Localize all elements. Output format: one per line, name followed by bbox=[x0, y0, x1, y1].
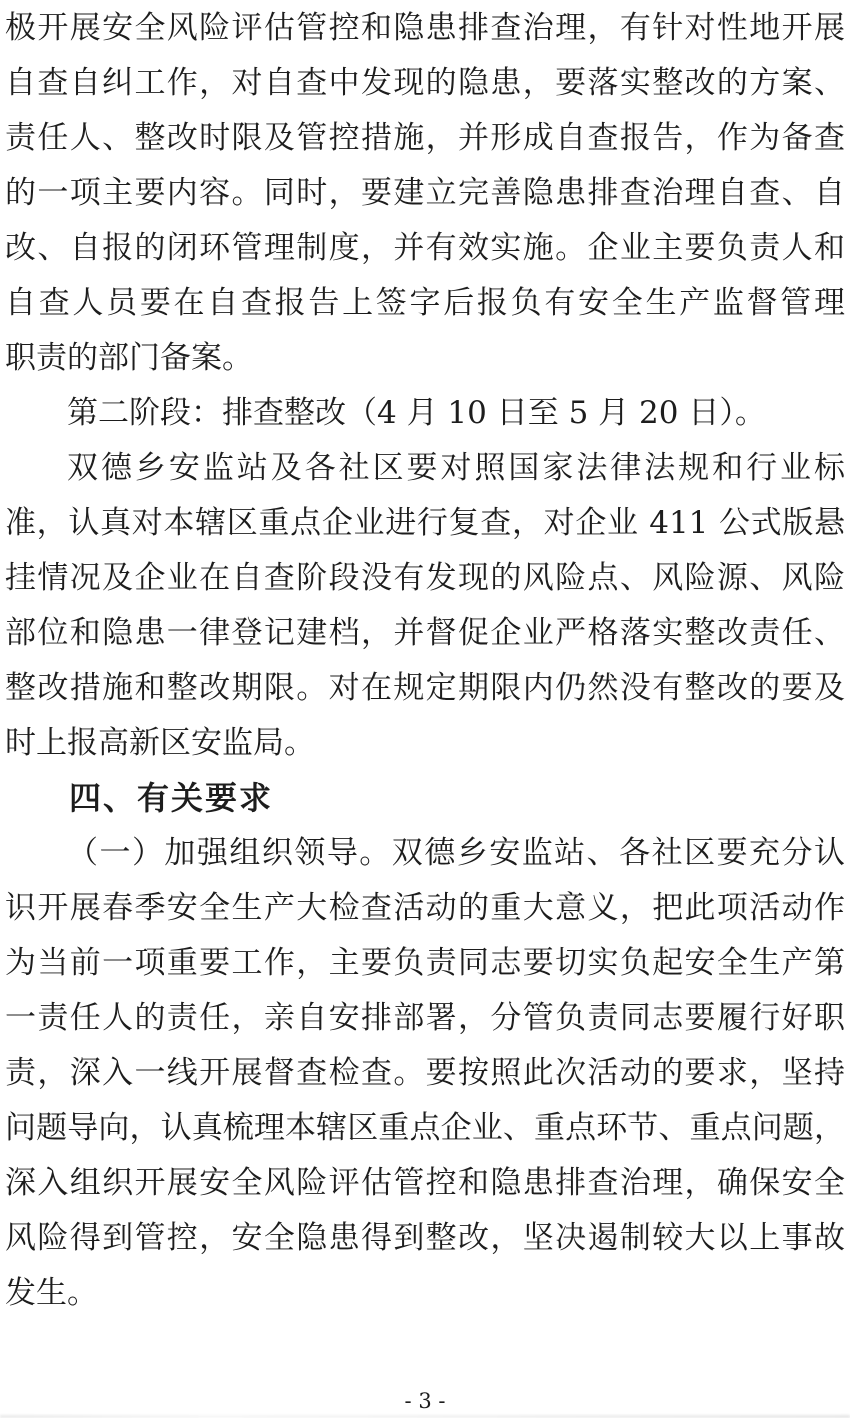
text-line: 准，认真对本辖区重点企业进行复查，对企业 411 公式版悬 bbox=[5, 496, 845, 551]
text-line: 发生。 bbox=[5, 1266, 845, 1321]
text-line: 的一项主要内容。同时，要建立完善隐患排查治理自查、自 bbox=[5, 166, 845, 221]
text-line: 改、自报的闭环管理制度，并有效实施。企业主要负责人和 bbox=[5, 221, 845, 276]
text-line: 时上报高新区安监局。 bbox=[5, 716, 845, 771]
text-line: 深入组织开展安全风险评估管控和隐患排查治理，确保安全 bbox=[5, 1156, 845, 1211]
text-line: （一）加强组织领导。双德乡安监站、各社区要充分认 bbox=[5, 826, 845, 881]
text-line: 双德乡安监站及各社区要对照国家法律法规和行业标 bbox=[5, 441, 845, 496]
page-number: - 3 - bbox=[405, 1389, 446, 1413]
text-line: 整改措施和整改期限。对在规定期限内仍然没有整改的要及 bbox=[5, 661, 845, 716]
text-line: 问题导向，认真梳理本辖区重点企业、重点环节、重点问题， bbox=[5, 1101, 845, 1156]
text-line: 职责的部门备案。 bbox=[5, 331, 845, 386]
text-line: 一责任人的责任，亲自安排部署，分管负责同志要履行好职 bbox=[5, 991, 845, 1046]
text-line: 识开展春季安全生产大检查活动的重大意义，把此项活动作 bbox=[5, 881, 845, 936]
document-page: 极开展安全风险评估管控和隐患排查治理，有针对性地开展自查自纠工作，对自查中发现的… bbox=[0, 0, 850, 1418]
text-line: 责，深入一线开展督查检查。要按照此次活动的要求，坚持 bbox=[5, 1046, 845, 1101]
page-footer: - 3 - bbox=[0, 1389, 850, 1413]
text-line: 为当前一项重要工作，主要负责同志要切实负起安全生产第 bbox=[5, 936, 845, 991]
text-line: 风险得到管控，安全隐患得到整改，坚决遏制较大以上事故 bbox=[5, 1211, 845, 1266]
text-line: 极开展安全风险评估管控和隐患排查治理，有针对性地开展 bbox=[5, 1, 845, 56]
text-line: 部位和隐患一律登记建档，并督促企业严格落实整改责任、 bbox=[5, 606, 845, 661]
text-line: 自查自纠工作，对自查中发现的隐患，要落实整改的方案、 bbox=[5, 56, 845, 111]
section-heading: 四、有关要求 bbox=[5, 771, 845, 826]
document-text-block: 极开展安全风险评估管控和隐患排查治理，有针对性地开展自查自纠工作，对自查中发现的… bbox=[5, 1, 845, 1321]
text-line: 责任人、整改时限及管控措施，并形成自查报告，作为备查 bbox=[5, 111, 845, 166]
text-line: 挂情况及企业在自查阶段没有发现的风险点、风险源、风险 bbox=[5, 551, 845, 606]
text-line: 自查人员要在自查报告上签字后报负有安全生产监督管理 bbox=[5, 276, 845, 331]
text-line: 第二阶段：排查整改（4 月 10 日至 5 月 20 日）。 bbox=[5, 386, 845, 441]
